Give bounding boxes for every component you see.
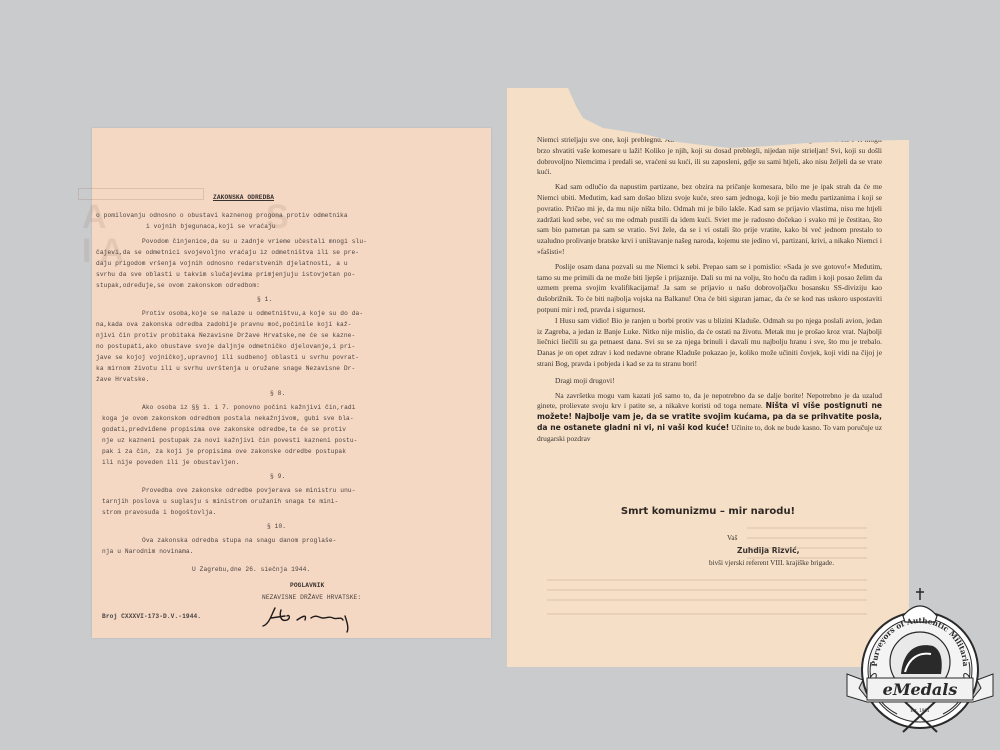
section-line: tarnjih poslova u suglasju s ministrom o… bbox=[102, 498, 338, 505]
leaflet-paragraph: Kad sam odlučio da napustim partizane, b… bbox=[537, 182, 882, 258]
decree-subtitle-line: o pomilovanju odnosno o obustavi kazneno… bbox=[96, 212, 348, 219]
section-line: nja u Narodnim novinama. bbox=[102, 548, 194, 555]
section-line: Ova zakonska odredba stupa na snagu dano… bbox=[142, 537, 336, 544]
show-through-text bbox=[537, 518, 877, 628]
section-line: no postupati,ako obustave svoje daljnje … bbox=[96, 343, 355, 350]
section-line: nje uz kazneni postupak za novi kažnjivi… bbox=[102, 437, 357, 444]
section-line: Ako osoba iz §§ 1. i 7. ponovno počini k… bbox=[142, 404, 356, 411]
section-line: Protiv osoba,koje se nalaze u odmetništv… bbox=[142, 310, 363, 317]
section-line: žave Hrvatske. bbox=[96, 376, 149, 383]
section-line: koga je ovom zakonskom odredbom postala … bbox=[102, 415, 354, 422]
section-line: Provedba ove zakonske odredbe povjerava … bbox=[142, 487, 356, 494]
section-heading: § 10. bbox=[267, 523, 286, 530]
emedals-watermark-logo: eMedals Est. 1981 Purveyors of Authentic… bbox=[845, 582, 995, 742]
section-line: njivi čin protiv probitaka Nezavisne Drž… bbox=[96, 332, 355, 339]
section-line: ili nije poveden ili je obustavljen. bbox=[102, 459, 239, 466]
date-line: U Zagrebu,dne 26. siečnja 1944. bbox=[192, 566, 310, 573]
leaflet-closing-paragraph: Na završetku mogu vam kazati još samo to… bbox=[537, 391, 882, 445]
leaflet-paragraph: I Husu sam vidio! Bio je ranjen u borbi … bbox=[537, 316, 882, 370]
leaflet-slogan: Smrt komunizmu – mir narodu! bbox=[507, 506, 909, 517]
section-line: ka mirnom životu ili u svrhu uvrštenja u… bbox=[96, 365, 355, 372]
emedals-established: Est. 1981 bbox=[911, 708, 930, 713]
section-heading: § 1. bbox=[257, 296, 272, 303]
leaflet-salutation: Dragi moji drugovi! bbox=[537, 376, 882, 387]
section-line: pak i za čin, za koji je propisima ove z… bbox=[102, 448, 346, 455]
handwritten-signature bbox=[257, 596, 367, 636]
section-heading: § 8. bbox=[270, 390, 285, 397]
section-line: na,kada ova zakonska odredba zadobije pr… bbox=[96, 321, 351, 328]
decree-title: ZAKONSKA ODREDBA bbox=[213, 194, 274, 201]
section-line: godati,predviđene propisima ove zakonske… bbox=[102, 426, 346, 433]
preamble-line: stupak,određuje,se ovom zakonskom odredb… bbox=[96, 282, 260, 289]
preamble-line: čajevi,da se odmetnici svojevoljno vraća… bbox=[96, 249, 359, 256]
right-document-page: Niemci strieljaju sve one, koji preblegn… bbox=[507, 88, 909, 667]
preamble-line: daju prigodom vršenja vojnih odnosno red… bbox=[96, 260, 348, 267]
left-document-page: A I A S ZAKONSKA ODREDBA o pomilovanju o… bbox=[92, 128, 491, 638]
section-line: jave se kojoj vojničkoj,upravnoj ili sud… bbox=[96, 354, 359, 361]
leaflet-body: Niemci strieljaju sve one, koji preblegn… bbox=[537, 135, 882, 445]
emedals-wordmark: eMedals bbox=[883, 680, 958, 699]
decree-subtitle-line: i vojnih bjegunaca,koji se vraćaju bbox=[146, 223, 276, 230]
signatory-title: POGLAVNIK bbox=[290, 582, 324, 589]
section-line: strom pravosuđa i bogoštovlja. bbox=[102, 509, 216, 516]
leaflet-paragraph: Niemci strieljaju sve one, koji preblegn… bbox=[537, 135, 882, 178]
reference-number: Broj CXXXVI-173-D.V.-1944. bbox=[102, 613, 201, 620]
leaflet-paragraph: Poslije osam dana pozvali su me Niemci k… bbox=[537, 262, 882, 316]
section-heading: § 9. bbox=[270, 473, 285, 480]
preamble-line: Povodom činjenice,da su u zadnje vrieme … bbox=[142, 238, 367, 245]
preamble-line: svrhu da sve oblasti u takvim slučajevim… bbox=[96, 271, 355, 278]
